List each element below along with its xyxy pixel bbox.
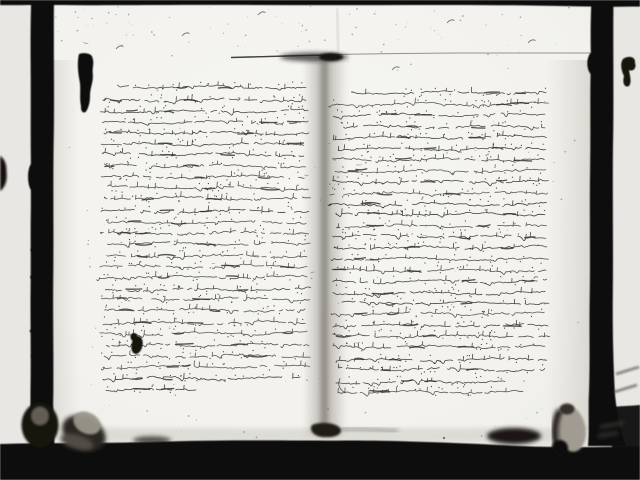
- smudge-dot: [443, 437, 445, 439]
- page-top-smudge-dark: [319, 53, 343, 61]
- smudge-gutter-streak: [340, 429, 398, 431]
- thumb-base-dark: [552, 440, 568, 456]
- microfilm-viewer-frame: [0, 0, 640, 480]
- left-page-edge-shade: [53, 60, 79, 430]
- gutter-shadow-core: [320, 62, 328, 430]
- finger-highlight: [31, 407, 49, 426]
- ink-blotch-head: [131, 333, 138, 341]
- right-page-edge-shade: [546, 60, 592, 430]
- manuscript-scan: [0, 0, 640, 480]
- smudge-bottom-right: [487, 428, 541, 444]
- finger-shadow-bottom-left: [22, 403, 59, 448]
- film-edge-left: [28, 0, 55, 446]
- bottom-right-black-corner: [612, 405, 640, 480]
- thumb-tip-shade: [560, 404, 575, 415]
